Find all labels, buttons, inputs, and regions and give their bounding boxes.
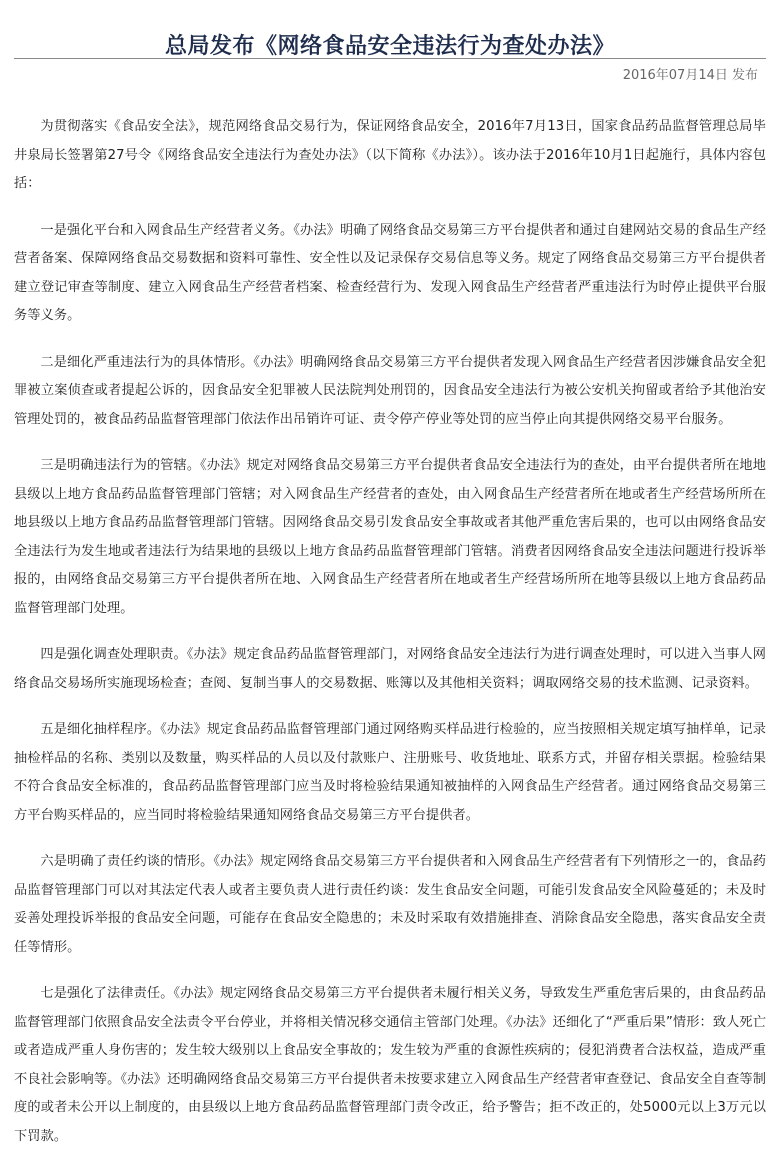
paragraph-3-jurisdiction: 三是明确违法行为的管辖。《办法》规定对网络食品交易第三方平台提供者食品安全违法行… [14,452,766,623]
paragraph-7-legal-liability: 七是强化了法律责任。《办法》规定网络食品交易第三方平台提供者未履行相关义务，导致… [14,980,766,1151]
title-divider [14,58,766,59]
paragraph-5-sampling: 五是细化抽样程序。《办法》规定食品药品监督管理部门通过网络购买样品进行检验的，应… [14,716,766,830]
article-title: 总局发布《网络食品安全违法行为查处办法》 [0,29,780,65]
paragraph-1-platform-obligations: 一是强化平台和入网食品生产经营者义务。《办法》明确了网络食品交易第三方平台提供者… [14,217,766,331]
paragraph-intro: 为贯彻落实《食品安全法》，规范网络食品交易行为，保证网络食品安全，2016年7月… [14,113,766,199]
paragraph-2-serious-violations: 二是细化严重违法行为的具体情形。《办法》明确网络食品交易第三方平台提供者发现入网… [14,349,766,435]
article-page: 总局发布《网络食品安全违法行为查处办法》 2016年07月14日 发布 为贯彻落… [0,0,780,1169]
publish-date: 2016年07月14日 发布 [623,66,758,86]
article-body: 为贯彻落实《食品安全法》，规范网络食品交易行为，保证网络食品安全，2016年7月… [14,113,766,1169]
paragraph-6-interviews: 六是明确了责任约谈的情形。《办法》规定网络食品交易第三方平台提供者和入网食品生产… [14,848,766,962]
paragraph-4-investigation: 四是强化调查处理职责。《办法》规定食品药品监督管理部门，对网络食品安全违法行为进… [14,641,766,698]
